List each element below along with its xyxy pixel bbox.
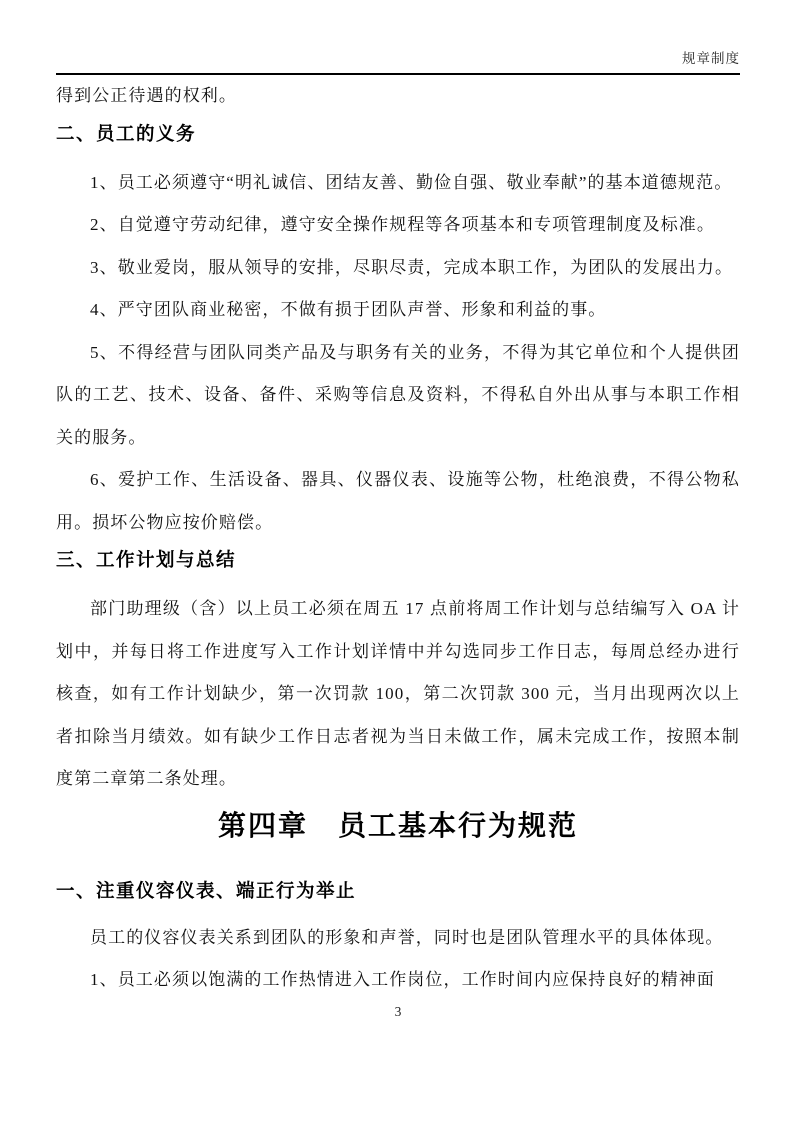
document-page: 规章制度 得到公正待遇的权利。 二、员工的义务 1、员工必须遵守“明礼诚信、团结… (0, 0, 793, 1122)
duties-item-5: 5、不得经营与团队同类产品及与职务有关的业务，不得为其它单位和个人提供团队的工艺… (56, 332, 740, 460)
page-footer: 3 (56, 1003, 740, 1021)
page-header: 规章制度 (56, 0, 740, 75)
section-heading-duties: 二、员工的义务 (56, 120, 740, 148)
section-heading-appearance: 一、注重仪容仪表、端正行为举止 (56, 877, 740, 905)
duties-item-2: 2、自觉遵守劳动纪律，遵守安全操作规程等各项基本和专项管理制度及标准。 (56, 204, 740, 247)
appearance-item-1: 1、员工必须以饱满的工作热情进入工作岗位，工作时间内应保持良好的精神面 (56, 959, 740, 1002)
duties-item-1: 1、员工必须遵守“明礼诚信、团结友善、勤俭自强、敬业奉献”的基本道德规范。 (56, 162, 740, 205)
appearance-intro-paragraph: 员工的仪容仪表关系到团队的形象和声誉，同时也是团队管理水平的具体体现。 (56, 917, 740, 960)
header-title: 规章制度 (682, 51, 740, 66)
continuation-paragraph: 得到公正待遇的权利。 (56, 75, 740, 118)
duties-item-3: 3、敬业爱岗，服从领导的安排，尽职尽责，完成本职工作，为团队的发展出力。 (56, 247, 740, 290)
section-heading-work-plan: 三、工作计划与总结 (56, 546, 740, 574)
chapter-title: 第四章 员工基本行为规范 (56, 807, 740, 847)
duties-item-6: 6、爱护工作、生活设备、器具、仪器仪表、设施等公物，杜绝浪费，不得公物私用。损坏… (56, 459, 740, 544)
work-plan-paragraph: 部门助理级（含）以上员工必须在周五 17 点前将周工作计划与总结编写入 OA 计… (56, 588, 740, 801)
duties-item-4: 4、严守团队商业秘密，不做有损于团队声誉、形象和利益的事。 (56, 289, 740, 332)
page-number: 3 (395, 1004, 402, 1019)
